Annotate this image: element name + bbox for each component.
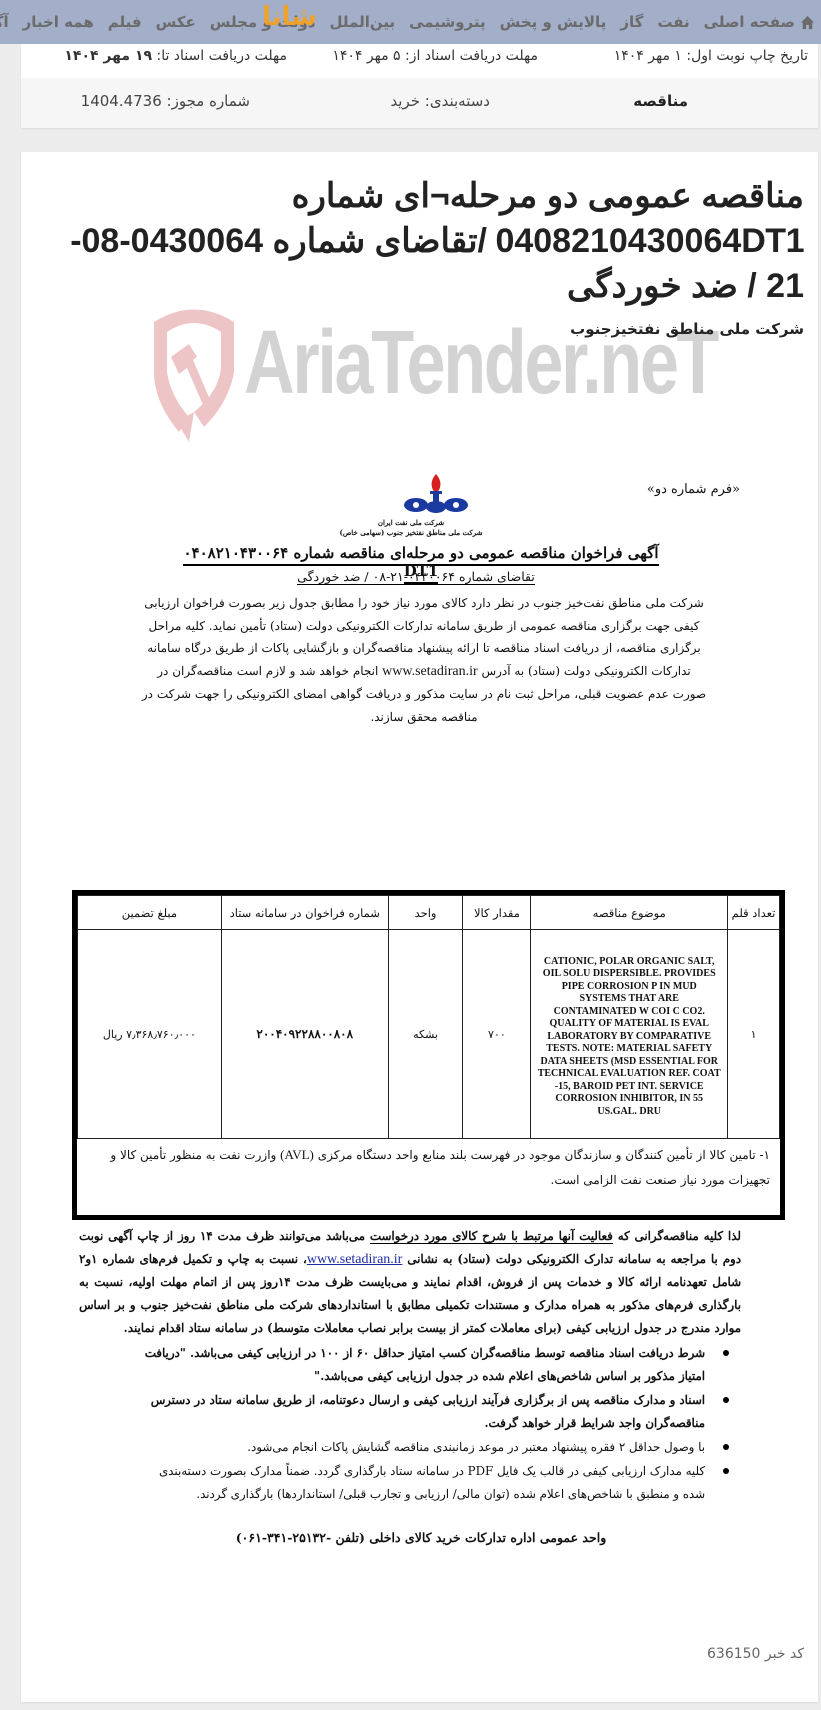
table-note: ۱- تامین کالا از تأمین کنندگان و سازندگا…: [77, 1138, 780, 1215]
nioc-caption: شرکت ملی نفت ایران شرکت ملی مناطق نفتخیز…: [321, 518, 501, 538]
list-item: با وصول حداقل ۲ فقره پیشنهاد معتبر در مو…: [139, 1436, 729, 1459]
nioc-logo: [391, 472, 481, 521]
tender-table: تعداد قلم موضوع مناقصه مقدار کالا واحد ش…: [77, 895, 780, 1139]
table-row: ۱ CATIONIC, POLAR ORGANIC SALT, OIL SOLU…: [78, 930, 780, 1139]
nav-item-refining[interactable]: پالایش و پخش: [500, 13, 607, 31]
header-guarantee: مبلغ تضمین: [78, 896, 222, 930]
news-code: کد خبر 636150: [707, 1646, 804, 1662]
docs-until-label: مهلت دریافت اسناد تا:: [152, 48, 287, 64]
nav-item-photo[interactable]: عکس: [156, 13, 196, 31]
table-header-row: تعداد قلم موضوع مناقصه مقدار کالا واحد ش…: [78, 896, 780, 930]
tender-dates: تاریخ چاپ نوبت اول: ۱ مهر ۱۴۰۴ مهلت دریا…: [21, 44, 818, 74]
list-item: اسناد و مدارک مناقصه پس از برگزاری فرآین…: [139, 1389, 729, 1435]
site-logo[interactable]: شانا: [262, 2, 317, 32]
cell-setad-number: ۲۰۰۴۰۹۲۲۸۸۰۰۸۰۸: [221, 930, 388, 1139]
docs-from-date: مهلت دریافت اسناد از: ۵ مهر ۱۴۰۴: [332, 48, 538, 64]
conditions-list: شرط دریافت اسناد مناقصه توسط مناقصه‌گران…: [139, 1342, 729, 1507]
document-instructions: لذا کلیه مناقصه‌گرانی که فعالیت آنها مرت…: [79, 1225, 741, 1340]
company-name: شرکت ملی مناطق نفتخیزجنوب: [570, 320, 804, 338]
tender-category: دسته‌بندی: خرید: [390, 92, 490, 110]
note-text-a: ۱- تامین کالا از تأمین کنندگان و سازندگا…: [314, 1148, 770, 1162]
nav-item-international[interactable]: بین‌الملل: [330, 13, 396, 31]
cell-unit: بشکه: [388, 930, 463, 1139]
tender-table-frame: تعداد قلم موضوع مناقصه مقدار کالا واحد ش…: [72, 890, 785, 1220]
cell-quantity: ۷۰۰: [463, 930, 531, 1139]
header-unit: واحد: [388, 896, 463, 930]
home-icon: [800, 15, 815, 30]
header-setad-number: شماره فراخوان در سامانه ستاد: [221, 896, 388, 930]
top-navigation: صفحه اصلی نفت گاز پالایش و پخش پتروشیمی …: [0, 0, 821, 44]
nav-item-ads[interactable]: آگهی: [0, 13, 9, 31]
nav-item-video[interactable]: فیلم: [108, 13, 142, 31]
page-title: مناقصه عمومی دو مرحله¬ای شماره 040821043…: [44, 174, 804, 309]
nioc-caption-line-2: شرکت ملی مناطق نفتخیز جنوب (سهامی خاص): [321, 528, 501, 538]
setadiran-link[interactable]: www.setadiran.ir: [307, 1252, 403, 1267]
tender-meta-card: تاریخ چاپ نوبت اول: ۱ مهر ۱۴۰۴ مهلت دریا…: [21, 44, 818, 128]
tender-info-row: مناقصه دسته‌بندی: خرید شماره مجوز: 1404.…: [21, 78, 818, 128]
document-contact: واحد عمومی اداره تدارکات خرید کالای داخل…: [171, 1530, 671, 1545]
header-subject: موضوع مناقصه: [531, 896, 728, 930]
header-quantity: مقدار کالا: [463, 896, 531, 930]
para2-text-a: لذا کلیه مناقصه‌گرانی که: [613, 1229, 741, 1243]
cell-guarantee: ۷٫۳۶۸٫۷۶۰٫۰۰۰ ریال: [78, 930, 222, 1139]
print-date: تاریخ چاپ نوبت اول: ۱ مهر ۱۴۰۴: [614, 48, 808, 64]
nav-item-petrochemical[interactable]: پتروشیمی: [409, 13, 486, 31]
note-avl: (AVL): [280, 1147, 314, 1162]
nioc-caption-line-1: شرکت ملی نفت ایران: [321, 518, 501, 528]
intro-link: www.setadiran.ir: [382, 664, 478, 679]
header-item-count: تعداد قلم: [728, 896, 780, 930]
cell-subject: CATIONIC, POLAR ORGANIC SALT, OIL SOLU D…: [531, 930, 728, 1139]
para2-underlined: فعالیت آنها مرتبط با شرح کالای مورد درخو…: [370, 1229, 613, 1244]
tender-type: مناقصه: [633, 92, 688, 110]
nav-item-label: صفحه اصلی: [704, 13, 795, 31]
tender-article: مناقصه عمومی دو مرحله¬ای شماره 040821043…: [21, 152, 818, 1702]
watermark-shield-icon: [149, 302, 239, 442]
docs-until-value: ۱۹ مهر ۱۴۰۴: [64, 48, 152, 64]
permit-number: شماره مجوز: 1404.4736: [81, 92, 250, 110]
nav-item-gas[interactable]: گاز: [620, 13, 643, 31]
list-item: کلیه مدارک ارزیابی کیفی در قالب یک فایل …: [139, 1460, 729, 1506]
docs-until-date: مهلت دریافت اسناد تا: ۱۹ مهر ۱۴۰۴: [64, 48, 287, 64]
nav-item-oil[interactable]: نفت: [657, 13, 689, 31]
document-subheading: تقاضای شماره ۰۴۳۰۰۶۴-۲۱-۰۸ / ضد خوردگی: [221, 569, 611, 584]
list-item: شرط دریافت اسناد مناقصه توسط مناقصه‌گران…: [139, 1342, 729, 1388]
nav-item-home[interactable]: صفحه اصلی: [704, 13, 815, 31]
nioc-logo-icon: [401, 472, 471, 517]
document-subheading-text: تقاضای شماره ۰۴۳۰۰۶۴-۲۱-۰۸ / ضد خوردگی: [297, 569, 535, 585]
cell-count: ۱: [728, 930, 780, 1139]
document-intro: شرکت ملی مناطق نفت‌خیز جنوب در نظر دارد …: [139, 592, 709, 728]
form-label: «فرم شماره دو»: [647, 482, 740, 497]
nav-item-all-news[interactable]: همه اخبار: [23, 13, 94, 31]
